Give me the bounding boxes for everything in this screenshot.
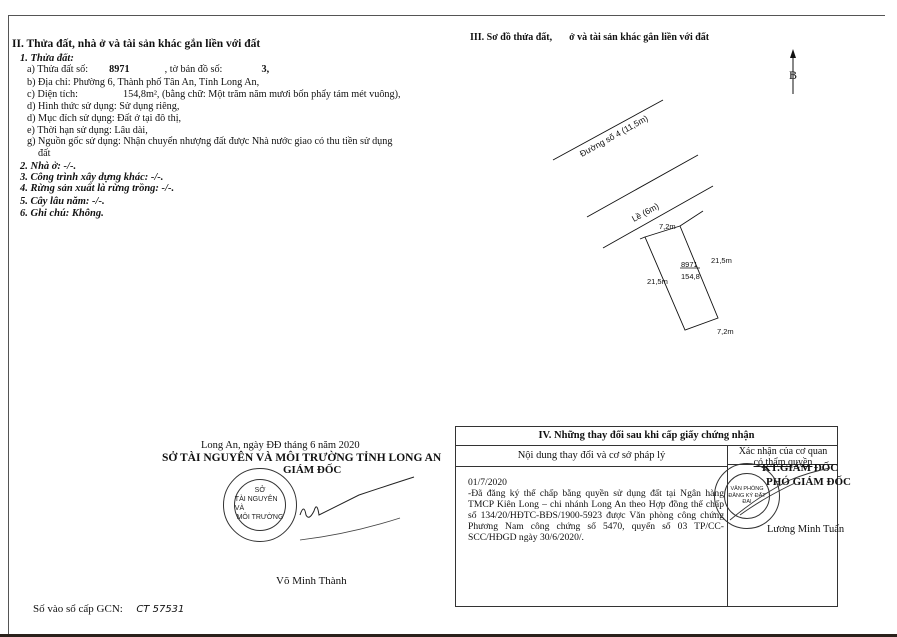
house: 2. Nhà ở: -/-. — [20, 161, 76, 172]
area-value: 154,8m², (bằng chữ: Một trăm năm mươi bố… — [123, 89, 401, 100]
registry-number: CT 57531 — [136, 604, 184, 615]
page-border-left — [8, 15, 9, 635]
north-label: B — [789, 68, 797, 83]
other-construction: 3. Công trình xây dựng khác: -/-. — [20, 172, 163, 183]
dim-left: 21,5m — [647, 277, 668, 286]
issue-date: Long An, ngày ĐĐ tháng 6 năm 2020 — [201, 440, 360, 451]
confirm-title-1: KT.GIÁM ĐỐC — [762, 462, 838, 474]
section-ii-title: II. Thửa đất, nhà ở và tài sản khác gắn … — [12, 38, 260, 50]
note: 6. Ghi chú: Không. — [20, 208, 104, 219]
usage-term: e) Thời hạn sử dụng: Lâu dài, — [27, 125, 148, 136]
dim-bottom: 7,2m — [717, 327, 734, 336]
production-forest: 4. Rừng sản xuất là rừng trồng: -/-. — [20, 183, 174, 194]
col-content-header: Nội dung thay đổi và cơ sở pháp lý — [456, 446, 727, 466]
plot-label: a) Thửa đất số: — [27, 64, 88, 75]
section-iii-title-part-2: ở và tài sản khác gắn liền với đất — [569, 32, 709, 43]
dim-top: 7,2m — [659, 222, 676, 231]
page-border-top — [8, 15, 885, 16]
registry-row: Số vào sổ cấp GCN: CT 57531 — [33, 603, 184, 615]
sidewalk-edge — [603, 186, 713, 248]
area-label: c) Diện tích: — [27, 89, 78, 100]
section-iii-title-part-1: III. Sơ đồ thửa đất, — [470, 32, 552, 43]
col-confirm-header-line-1: Xác nhận của cơ quan — [728, 446, 838, 457]
plot-number: 8971 — [109, 64, 129, 75]
official-stamp-right: VĂN PHÒNG ĐĂNG KÝ ĐẤT ĐAI — [714, 463, 780, 529]
map-sheet-label: , tờ bản đồ số: — [165, 64, 223, 75]
perennial-trees: 5. Cây lâu năm: -/-. — [20, 196, 105, 207]
lot-area: 154,8 — [681, 272, 700, 281]
stamp-text-3: MÔI TRƯỜNG — [237, 514, 284, 523]
sidewalk-label: Lề (6m) — [630, 201, 660, 224]
entry-date: 01/7/2020 — [468, 477, 724, 488]
issuing-organization: SỞ TÀI NGUYÊN VÀ MÔI TRƯỜNG TỈNH LONG AN — [162, 452, 441, 464]
origin-line-1: g) Nguồn gốc sử dụng: Nhận chuyển nhượng… — [27, 136, 392, 147]
stamp-text-1: SỞ — [255, 487, 266, 496]
land-heading: 1. Thửa đất: — [20, 53, 74, 64]
signer-name-right: Lương Minh Tuấn — [767, 524, 844, 535]
road-edge-north — [553, 100, 663, 160]
usage-form: d) Hình thức sử dụng: Sử dụng riêng, — [27, 101, 179, 112]
usage-purpose: d) Mục đích sử dụng: Đất ở tại đô thị, — [27, 113, 181, 124]
table-row: 01/7/2020 -Đã đăng ký thế chấp bằng quyề… — [468, 477, 724, 543]
lot-number: 8971 — [681, 260, 698, 269]
header-divider-left — [456, 466, 727, 467]
registry-label: Số vào sổ cấp GCN: — [33, 603, 123, 615]
stamp-text-2: TÀI NGUYÊN VÀ — [235, 496, 285, 514]
signer-name-left: Võ Minh Thành — [276, 575, 347, 587]
section-iii-title: III. Sơ đồ thửa đất, ở và tài sản khác g… — [470, 32, 709, 43]
official-stamp-left: SỞ TÀI NGUYÊN VÀ MÔI TRƯỜNG — [223, 468, 297, 542]
origin-line-2: đất — [38, 148, 50, 159]
changes-table: IV. Những thay đổi sau khi cấp giấy chứn… — [455, 426, 838, 607]
road-label: Đường số 4 (11,5m) — [578, 113, 650, 159]
area-row: c) Diện tích: 154,8m², (bằng chữ: Một tr… — [27, 89, 401, 100]
dim-right: 21,5m — [711, 256, 732, 265]
signer-position: GIÁM ĐỐC — [283, 464, 341, 476]
address: b) Địa chỉ: Phường 6, Thành phố Tân An, … — [27, 77, 259, 88]
stamp-right-text: VĂN PHÒNG ĐĂNG KÝ ĐẤT ĐAI — [725, 486, 770, 507]
entry-content: -Đã đăng ký thế chấp bằng quyền sử dụng … — [468, 488, 724, 543]
map-sheet-number: 3, — [261, 64, 269, 75]
plot-number-row: a) Thửa đất số: 8971 , tờ bản đồ số: 3, — [27, 64, 269, 75]
section-iv-title: IV. Những thay đổi sau khi cấp giấy chứn… — [456, 427, 837, 446]
